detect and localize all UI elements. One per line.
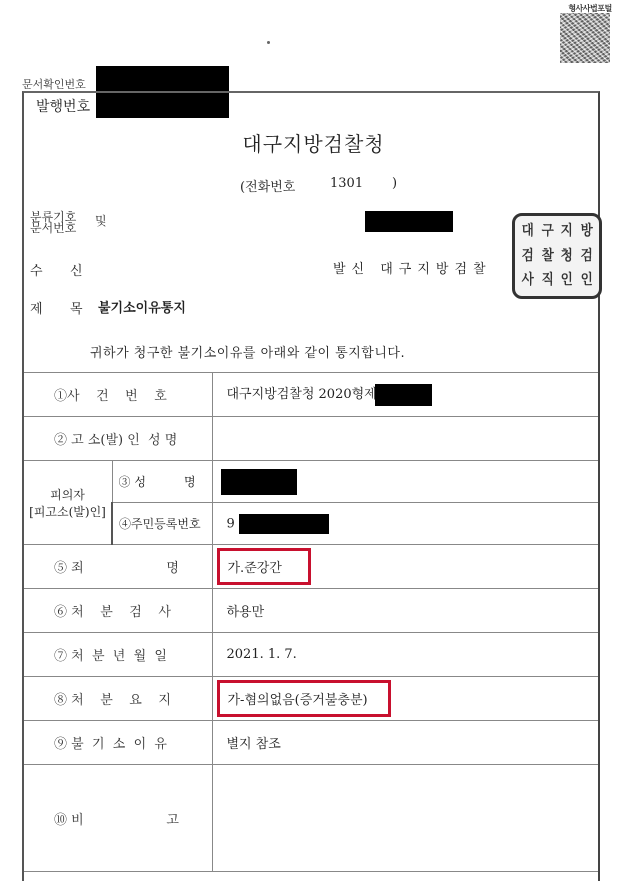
phone-close-paren: ) [392,176,397,191]
seal-char: 사 [519,268,537,293]
seal-char: 검 [577,244,595,269]
table-row-disposition-summary: ⑧ 처 분 요 지 가-혐의없음(증거불충분) [23,677,599,721]
table-row-disposition-date: ⑦ 처 분 년 월 일 2021. 1. 7. [23,633,599,677]
resident-number-label: ④주민등록번호 [112,503,212,545]
official-seal-icon: 대 구 지 방 검 찰 청 검 사 직 인 인 [512,213,602,299]
redacted-case-number [375,384,432,406]
non-indictment-reason-label: ⑨ 불 기 소 이 유 [23,721,212,765]
seal-char: 직 [538,268,556,293]
seal-char: 대 [519,219,537,244]
notice-table: ①사 건 번 호 대구지방검찰청 2020형제 ② 고 소(발) 인 성 명 피… [22,372,600,872]
table-row-suspect-name: 피의자 [피고소(발)인] ③ 성 명 [23,461,599,503]
case-number-text: 대구지방검찰청 2020형제 [227,387,377,402]
disposition-date-value: 2021. 1. 7. [212,633,599,677]
table-row-remarks: ⑩ 비 고 [23,765,599,872]
prosecutor-value: 하용만 [212,589,599,633]
seal-char: 지 [558,219,576,244]
table-row-prosecutor: ⑥ 처 분 검 사 하용만 [23,589,599,633]
seal-char: 구 [538,219,556,244]
subject-value: 불기소이유통지 [98,297,186,316]
table-row-complainant: ② 고 소(발) 인 성 명 [23,417,599,461]
resident-number-value: 9 [212,503,599,545]
disposition-summary-label: ⑧ 처 분 요 지 [23,677,212,721]
recipient-label-2: 신 [70,260,83,279]
table-row-non-indictment-reason: ⑨ 불 기 소 이 유 별지 참조 [23,721,599,765]
suspect-name-label: ③ 성 명 [112,461,212,503]
redacted-suspect-name [221,469,297,495]
suspect-group-label-2: [피고소(발)인] [24,503,111,520]
recipient-label-1: 수 [30,260,43,279]
seal-char: 인 [558,268,576,293]
complainant-label: ② 고 소(발) 인 성 명 [23,417,212,461]
non-indictment-reason-value: 별지 참조 [212,721,599,765]
seal-char: 인 [577,268,595,293]
sender-text: 발신 대구지방검찰 [333,258,492,277]
remarks-value [212,765,599,872]
disposition-date-label: ⑦ 처 분 년 월 일 [23,633,212,677]
offense-value: 가.준강간 [212,545,599,589]
subject-label-1: 제 [30,298,43,317]
issue-number-label: 발행번호 [36,96,90,116]
classification-label: 분류기호 문서번호 [30,212,76,234]
classification-suffix: 및 [95,212,107,229]
case-number-value: 대구지방검찰청 2020형제 [212,373,599,417]
offense-highlight: 가.준강간 [217,548,311,585]
seal-char: 방 [577,219,595,244]
resident-number-text: 9 [227,516,235,531]
table-row-offense: ⑤ 죄 명 가.준강간 [23,545,599,589]
prosecutor-label: ⑥ 처 분 검 사 [23,589,212,633]
seal-char: 청 [558,244,576,269]
seal-char: 찰 [538,244,556,269]
subject-label-2: 목 [70,298,83,317]
phone-label: (전화번호 [240,176,295,195]
complainant-value [212,417,599,461]
phone-number: 1301 [330,176,363,191]
qr-code-icon [560,13,610,63]
document-confirm-label: 문서확인번호 [22,76,86,92]
seal-char: 검 [519,244,537,269]
scan-speck [267,41,270,44]
notice-text: 귀하가 청구한 불기소이유를 아래와 같이 통지합니다. [90,342,405,361]
suspect-group-label-1: 피의자 [24,486,111,503]
redacted-resident-number [239,514,329,534]
remarks-label: ⑩ 비 고 [23,765,212,872]
disposition-summary-highlight: 가-혐의없음(증거불충분) [217,680,391,717]
agency-title: 대구지방검찰청 [0,128,627,157]
classification-label-line2: 문서번호 [30,223,76,234]
offense-label: ⑤ 죄 명 [23,545,212,589]
case-number-label: ①사 건 번 호 [23,373,212,417]
suspect-name-value [212,461,599,503]
disposition-summary-value: 가-혐의없음(증거불충분) [212,677,599,721]
table-row-case-number: ①사 건 번 호 대구지방검찰청 2020형제 [23,373,599,417]
suspect-group-label: 피의자 [피고소(발)인] [23,461,112,545]
redacted-classification-number [365,211,453,232]
